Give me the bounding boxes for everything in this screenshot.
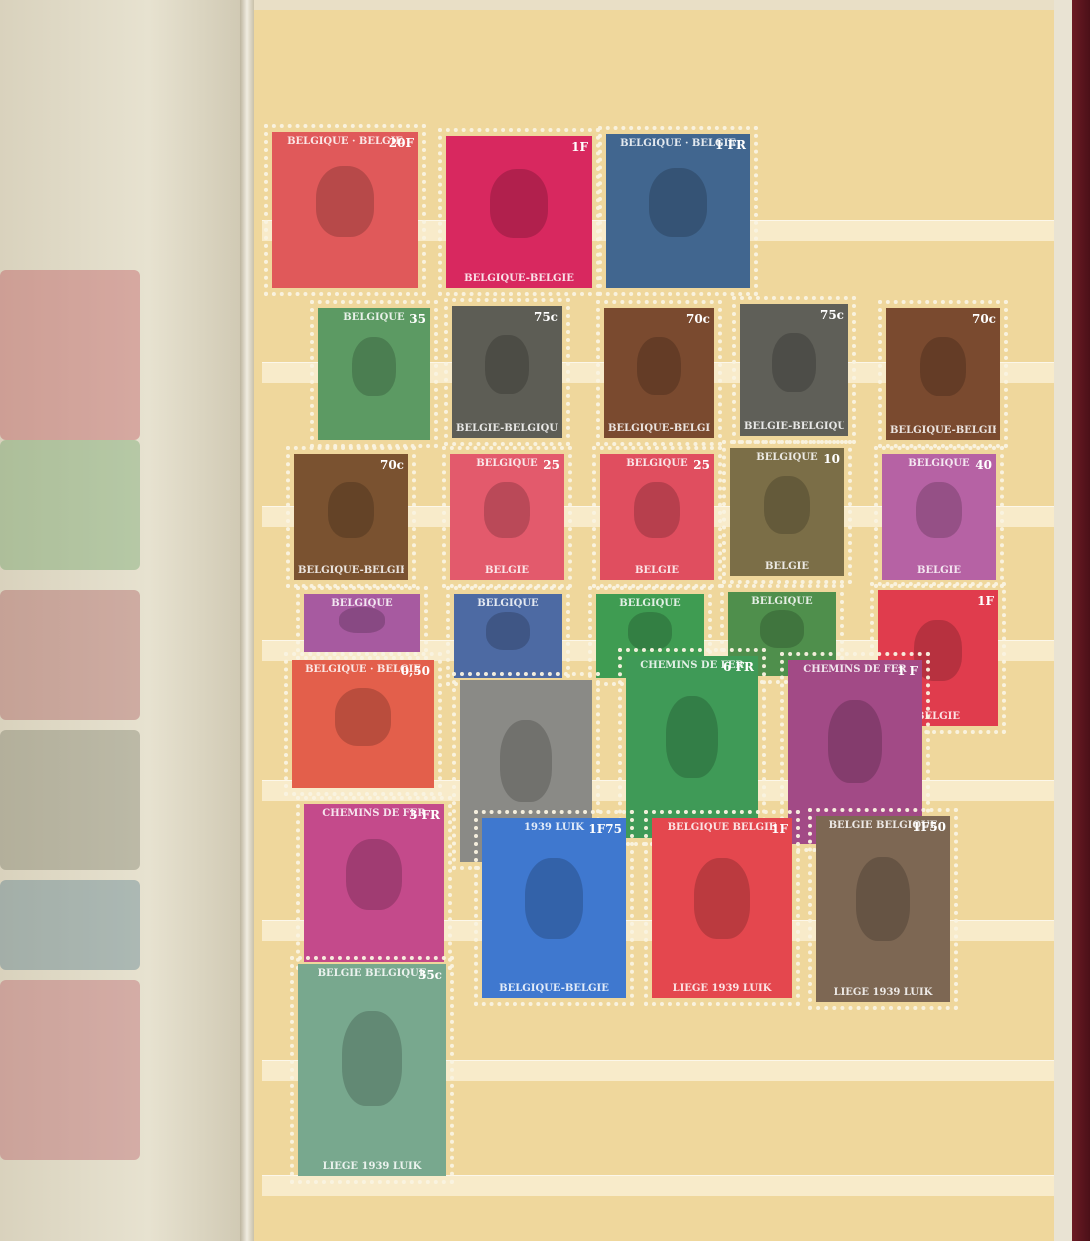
stamp-bottom-text: BELGIE	[734, 561, 840, 572]
stamp: BELGIQUE	[446, 586, 570, 686]
ghost-stamp	[0, 590, 140, 720]
stamp-design	[342, 1011, 401, 1106]
stamp-bottom-text: LIEGE 1939 LUIK	[656, 983, 788, 994]
stamp-value: 1F50	[912, 820, 946, 834]
stamp-design	[772, 333, 815, 392]
ghost-stamp	[0, 270, 140, 440]
stamp-bottom-text: BELGIQUE-BELGIE	[608, 423, 710, 434]
stamp-top-text: BELGIQUE	[600, 598, 700, 609]
stamp-design	[328, 482, 374, 539]
stamp-value: 70c	[686, 312, 710, 326]
stamp: BELGIQUE BELGIE 25	[442, 446, 572, 588]
stamp-top-text: BELGIQUE BELGIE	[656, 822, 788, 833]
stamp: BELGIQUE-BELGIE 70c	[596, 300, 722, 446]
stamp: 1939 LUIK BELGIQUE-BELGIE 1F75	[474, 810, 634, 1006]
stamp-image: BELGIE-BELGIQUE 75c	[740, 304, 848, 436]
stamp-design	[637, 337, 681, 396]
album-cover	[1054, 0, 1090, 1241]
stamp: BELGIQUE	[296, 586, 428, 660]
stamp-image: CHEMINS DE FER 3 FR	[304, 804, 444, 962]
stamp-value: 70c	[380, 458, 404, 472]
stamp-bottom-text: LIEGE 1939 LUIK	[820, 987, 946, 998]
stamp-bottom-text: BELGIE	[886, 565, 992, 576]
stamp-design	[760, 610, 803, 648]
stamp-value: 10	[823, 452, 840, 466]
stamp: BELGIQUE BELGIE 40	[874, 446, 1004, 588]
stamp-image: BELGIQUE BELGIE 40	[882, 454, 996, 580]
stamp-design	[486, 612, 529, 650]
stamp-value: 6 FR	[723, 660, 754, 674]
stamp: BELGIQUE BELGIE 25	[592, 446, 722, 588]
stamp: BELGIE-BELGIQUE 75c	[732, 296, 856, 444]
ghost-stamp	[0, 980, 140, 1160]
stamp-value: 1F	[977, 594, 994, 608]
stamp: BELGIQUE · BELGIE 1 FR	[598, 126, 758, 296]
stamp: BELGIQUE-BELGIE 70c	[878, 300, 1008, 448]
stamp-value: 25	[543, 458, 560, 472]
stamp-design	[339, 607, 385, 633]
stamp-design	[628, 612, 671, 650]
stamp-value: 3 FR	[409, 808, 440, 822]
stamp: BELGIQUE-BELGIE 1F	[438, 128, 600, 296]
stamp-image: BELGIE-BELGIQUE 75c	[452, 306, 562, 438]
stamp: BELGIQUE BELGIE LIEGE 1939 LUIK 1F	[644, 810, 800, 1006]
stamp-top-text: BELGIQUE	[458, 598, 558, 609]
stamp-bottom-text: BELGIQUE-BELGIE	[298, 565, 404, 576]
stamp-value: 35	[409, 312, 426, 326]
stamp-design	[352, 337, 397, 396]
stamp-design	[649, 168, 707, 237]
stamp-bottom-text: BELGIE	[454, 565, 560, 576]
stamp-design	[525, 858, 583, 939]
stamp-design	[490, 169, 548, 237]
stamp-image: BELGIQUE	[304, 594, 420, 652]
stamp: CHEMINS DE FER 3 FR	[296, 796, 452, 970]
stamp-image: BELGIQUE · BELGIE 0,50	[292, 660, 434, 788]
stamp: BELGIQUE · BELGIE 0,50	[284, 652, 442, 796]
stamp-bottom-text: BELGIQUE-BELGIE	[890, 425, 996, 436]
stamp-value: 35c	[418, 968, 442, 982]
interleaf-page	[0, 0, 248, 1241]
stamp-value: 75c	[534, 310, 558, 324]
stamp-design	[500, 720, 553, 802]
stamp-design	[916, 482, 962, 539]
stamp-value: 1 F	[897, 664, 918, 678]
stamp-design	[335, 688, 392, 746]
stamp-image: BELGIQUE-BELGIE 70c	[604, 308, 714, 438]
stamp-bottom-text: BELGIE	[604, 565, 710, 576]
stamp-design	[485, 335, 529, 394]
stamp-image: BELGIQUE BELGIE 25	[600, 454, 714, 580]
stamp-bottom-text: LIEGE 1939 LUIK	[302, 1161, 442, 1172]
stamp-value: 25	[693, 458, 710, 472]
ghost-stamp	[0, 880, 140, 970]
stamp-image: BELGIQUE-BELGIE 1F	[446, 136, 592, 288]
stamp-top-text: BELGIQUE	[732, 596, 832, 607]
stamp-image: BELGIQUE BELGIE LIEGE 1939 LUIK 1F	[652, 818, 792, 998]
stamp-value: 70c	[972, 312, 996, 326]
stamp-design	[484, 482, 530, 539]
ghost-stamp	[0, 440, 140, 570]
stamp: BELGIQUE-BELGIE 70c	[286, 446, 416, 588]
stamp-value: 0,50	[401, 664, 430, 678]
stamp-image: BELGIQUE BELGIE 25	[450, 454, 564, 580]
stamp-value: 40	[975, 458, 992, 472]
stamp: BELGIQUE BELGIE 10	[722, 440, 852, 584]
stamp-bottom-text: BELGIE-BELGIQUE	[456, 423, 558, 434]
stamp-image: BELGIQUE	[454, 594, 562, 678]
stamp-image: BELGIË BELGIQUE LIEGE 1939 LUIK 35c	[298, 964, 446, 1176]
stamp-design	[920, 337, 966, 396]
stamp-value: 75c	[820, 308, 844, 322]
stamp-image: BELGIQUE · BELGIE 20F	[272, 132, 418, 288]
stamp-value: 1F	[571, 140, 588, 154]
stamp: BELGIE-BELGIQUE 75c	[444, 298, 570, 446]
stamp: BELGIË BELGIQUE LIEGE 1939 LUIK 35c	[290, 956, 454, 1184]
stamp: BELGIQUE · BELGIE 20F	[264, 124, 426, 296]
stamp-image: BELGIQUE-BELGIE 70c	[294, 454, 408, 580]
stamp-image: BELGIQUE 35	[318, 308, 430, 440]
stamp-value: 1F	[771, 822, 788, 836]
stamp-bottom-text: BELGIQUE-BELGIE	[450, 273, 588, 284]
stamp-value: 20F	[389, 136, 414, 150]
stamp-design	[856, 857, 910, 941]
album-spine	[240, 0, 254, 1241]
ghost-stamp	[0, 730, 140, 870]
stamp-image: BELGIQUE · BELGIE 1 FR	[606, 134, 750, 288]
stamp-image: 1939 LUIK BELGIQUE-BELGIE 1F75	[482, 818, 626, 998]
stamp-design	[764, 476, 810, 534]
stamp-image: BELGIQUE BELGIE 10	[730, 448, 844, 576]
stamp-design	[694, 858, 750, 939]
stamp-image: BELGIE BELGIQUE LIEGE 1939 LUIK 1F50	[816, 816, 950, 1002]
stamp-design	[316, 166, 374, 236]
stamp-design	[828, 700, 882, 783]
stamp-design	[634, 482, 680, 539]
stamp-design	[666, 696, 719, 778]
stamp-value: 1F75	[588, 822, 622, 836]
stamp-image: BELGIQUE-BELGIE 70c	[886, 308, 1000, 440]
stamp: BELGIE BELGIQUE LIEGE 1939 LUIK 1F50	[808, 808, 958, 1010]
stamp: BELGIQUE 35	[310, 300, 438, 448]
stamp-value: 1 FR	[715, 138, 746, 152]
stamp-top-text: BELGIQUE	[308, 598, 416, 609]
stamp-design	[346, 839, 402, 910]
stamp-bottom-text: BELGIQUE-BELGIE	[486, 983, 622, 994]
stamp-bottom-text: BELGIE-BELGIQUE	[744, 421, 844, 432]
